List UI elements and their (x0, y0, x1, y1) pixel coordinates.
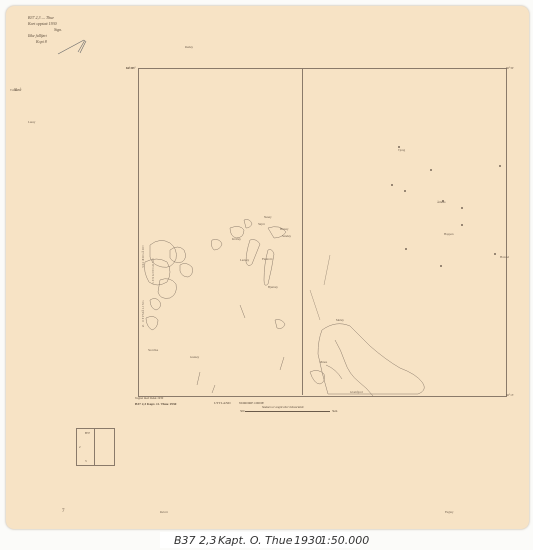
survey-point (461, 224, 463, 226)
index-left: 2 (79, 445, 81, 449)
scale-bar (245, 411, 330, 412)
place-name: Åmnes (437, 200, 446, 204)
credit-line-1: Tegnet med blekk 1930 (135, 396, 163, 400)
scale-end: 5km (332, 409, 337, 413)
place-name: Røvær (160, 510, 168, 514)
place-name: Kvaløy (232, 237, 241, 241)
index-bottom: 3 (85, 459, 87, 463)
place-name: Rødøy (185, 45, 193, 49)
survey-point (494, 253, 496, 255)
footer-center-1: UTTLAND (214, 401, 231, 405)
place-name: Grønøy (190, 355, 199, 359)
place-name: Sandøy (282, 234, 291, 238)
scale-note: Skalaen er angitt etter tidsvariable (262, 405, 304, 409)
place-name: Nesøy (264, 215, 272, 219)
sheet-index-diagram: B37 2 3 (76, 428, 115, 466)
survey-point (440, 265, 442, 267)
catalog-label: B37 2,3 Kapt. O. Thue 1930 1:50.000 (160, 532, 360, 548)
survey-point (404, 190, 406, 192)
place-name: Lurøy (28, 120, 35, 124)
scale: 1:50.000 (320, 534, 369, 547)
sheet-id: B37 2,3 (174, 534, 217, 547)
place-name: Hoppen (444, 232, 454, 236)
place-name: Hestøy (280, 227, 289, 231)
place-name: Fleinvær (262, 257, 273, 261)
survey-point (391, 184, 393, 186)
place-name: Tjong (398, 148, 405, 152)
place-name: Meløy (336, 318, 344, 322)
survey-point (405, 248, 407, 250)
year: 1930 (294, 534, 322, 547)
survey-point (499, 165, 501, 167)
index-top: B37 (85, 431, 90, 435)
footer-center-2: NORDRE ODDE (239, 401, 264, 405)
place-name: Glomfjord (350, 390, 363, 394)
place-name: Ørnes (320, 360, 327, 364)
place-name: Fugløy (445, 510, 454, 514)
place-name: Skjær (258, 222, 265, 226)
place-name: Storvika (148, 348, 158, 352)
author: Kapt. O. Thue (218, 534, 293, 547)
index-divider (94, 429, 95, 465)
coastline-drawing (0, 0, 533, 550)
survey-point (461, 207, 463, 209)
survey-point (430, 169, 432, 171)
scale-start: 500 (240, 409, 245, 413)
place-name: Træna (10, 88, 18, 92)
place-name: Holand (500, 255, 509, 259)
place-name: Bjørnøy (268, 285, 278, 289)
credit-line-2: B37 2,3 Kapt. O. Thue 1930 (135, 402, 176, 406)
place-name: Lauvøy (240, 258, 249, 262)
